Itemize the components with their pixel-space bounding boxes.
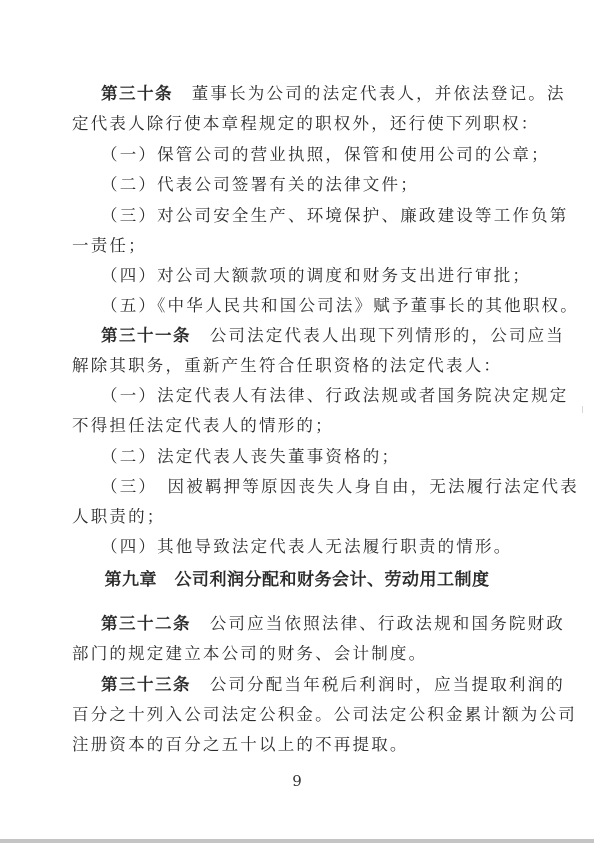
- line-text: 注册资本的百分之五十以上的不再提取。: [72, 735, 409, 754]
- text-line: （三）对公司安全生产、环境保护、廉政建设等工作负第: [101, 206, 569, 226]
- text-line: 定代表人除行使本章程规定的职权外，还行使下列职权：: [72, 114, 540, 134]
- text-line: （二）法定代表人丧失董事资格的；: [101, 447, 400, 467]
- chapter-heading: 第九章 公司利润分配和财务会计、劳动用工制度: [0, 565, 594, 590]
- line-text: 解除其职务，重新产生符合任职资格的法定代表人：: [72, 356, 502, 375]
- text-line: （一）保管公司的营业执照，保管和使用公司的公章；: [101, 145, 550, 165]
- text-line: 百分之十列入公司法定公积金。公司法定公积金累计额为公司: [72, 705, 577, 725]
- line-text: （二）代表公司签署有关的法律文件；: [101, 175, 419, 194]
- line-text: 一责任；: [72, 236, 147, 255]
- line-text: （一）法定代表人有法律、行政法规或者国务院决定规定: [101, 386, 569, 405]
- text-line: 不得担任法定代表人的情形的；: [72, 416, 334, 436]
- line-text: （四）其他导致法定代表人无法履行职责的情形。: [101, 537, 512, 556]
- text-line: 解除其职务，重新产生符合任职资格的法定代表人：: [72, 356, 502, 376]
- article-line: 第三十条 董事长为公司的法定代表人，并依法登记。法: [101, 84, 566, 104]
- line-text: 不得担任法定代表人的情形的；: [72, 416, 334, 435]
- line-text: 人职责的；: [72, 507, 166, 526]
- text-line: 注册资本的百分之五十以上的不再提取。: [72, 735, 409, 755]
- line-text: （四）对公司大额款项的调度和财务支出进行审批；: [101, 266, 531, 285]
- scan-edge-mark: [582, 406, 583, 413]
- line-text: （一）保管公司的营业执照，保管和使用公司的公章；: [101, 145, 550, 164]
- line-text: 公司分配当年税后利润时，应当提取利润的: [191, 675, 565, 694]
- article-number: 第三十二条: [101, 614, 191, 633]
- line-text: （三） 因被羁押等原因丧失人身自由，无法履行法定代表: [101, 477, 579, 496]
- text-line: 人职责的；: [72, 507, 166, 527]
- article-number: 第三十条: [101, 84, 173, 103]
- page-bottom-edge: [0, 839, 594, 843]
- line-text: 公司法定代表人出现下列情形的，公司应当: [191, 326, 565, 345]
- text-line: （四）其他导致法定代表人无法履行职责的情形。: [101, 537, 512, 557]
- page-number: 9: [0, 772, 594, 790]
- article-number: 第三十三条: [101, 675, 191, 694]
- line-text: 公司应当依照法律、行政法规和国务院财政: [191, 614, 565, 633]
- line-text: 部门的规定建立本公司的财务、会计制度。: [72, 644, 427, 663]
- text-line: 一责任；: [72, 236, 147, 256]
- text-line: （二）代表公司签署有关的法律文件；: [101, 175, 419, 195]
- article-line: 第三十三条 公司分配当年税后利润时，应当提取利润的: [101, 675, 565, 695]
- text-line: （一）法定代表人有法律、行政法规或者国务院决定规定: [101, 386, 569, 406]
- line-text: （三）对公司安全生产、环境保护、廉政建设等工作负第: [101, 206, 569, 225]
- text-line: （五）《中华人民共和国公司法》赋予董事长的其他职权。: [101, 296, 579, 316]
- line-text: 百分之十列入公司法定公积金。公司法定公积金累计额为公司: [72, 705, 577, 724]
- article-line: 第三十二条 公司应当依照法律、行政法规和国务院财政: [101, 614, 565, 634]
- article-number: 第三十一条: [101, 326, 191, 345]
- document-page: 第三十条 董事长为公司的法定代表人，并依法登记。法定代表人除行使本章程规定的职权…: [0, 0, 594, 839]
- article-line: 第三十一条 公司法定代表人出现下列情形的，公司应当: [101, 326, 565, 346]
- text-line: （四）对公司大额款项的调度和财务支出进行审批；: [101, 266, 531, 286]
- line-text: 董事长为公司的法定代表人，并依法登记。法: [173, 84, 566, 103]
- line-text: （五）《中华人民共和国公司法》赋予董事长的其他职权。: [101, 296, 579, 315]
- line-text: （二）法定代表人丧失董事资格的；: [101, 447, 400, 466]
- text-line: 部门的规定建立本公司的财务、会计制度。: [72, 644, 427, 664]
- text-line: （三） 因被羁押等原因丧失人身自由，无法履行法定代表: [101, 477, 579, 497]
- line-text: 定代表人除行使本章程规定的职权外，还行使下列职权：: [72, 114, 540, 133]
